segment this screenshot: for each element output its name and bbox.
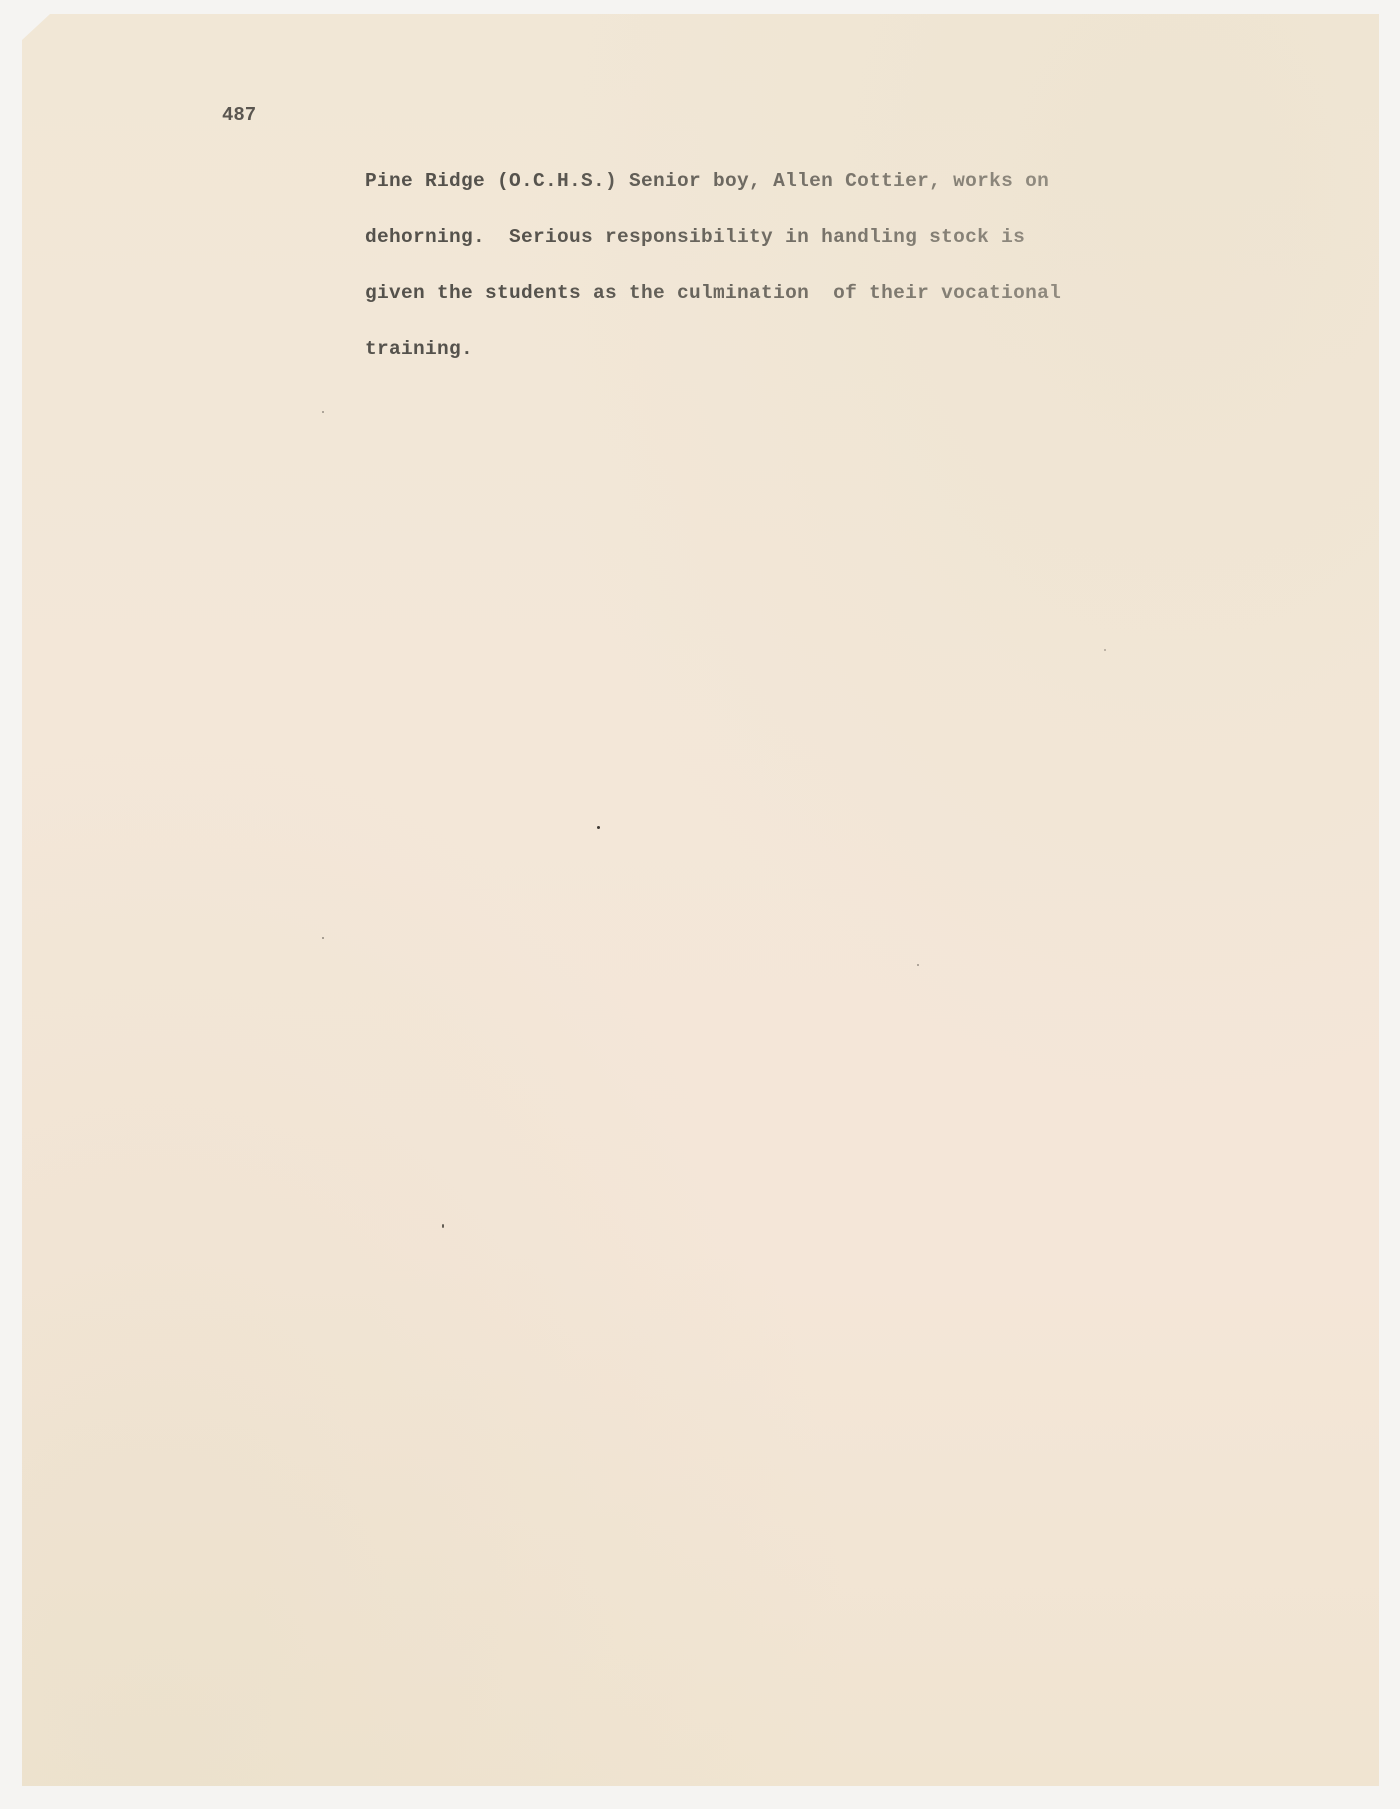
page-number: 487: [222, 104, 256, 126]
paper-speck: [1104, 649, 1106, 651]
caption-line: dehorning. Serious responsibility in han…: [365, 222, 1265, 278]
typewritten-page: 487 Pine Ridge (O.C.H.S.) Senior boy, Al…: [22, 14, 1379, 1786]
photo-caption: Pine Ridge (O.C.H.S.) Senior boy, Allen …: [365, 166, 1265, 390]
paper-speck: [597, 826, 600, 829]
paper-speck: [322, 937, 324, 939]
caption-line: Pine Ridge (O.C.H.S.) Senior boy, Allen …: [365, 166, 1265, 222]
paper-speck: [917, 964, 919, 966]
paper-speck: [322, 411, 324, 413]
paper-speck: [442, 1224, 444, 1228]
caption-line: given the students as the culmination of…: [365, 278, 1265, 334]
caption-line: training.: [365, 334, 1265, 390]
